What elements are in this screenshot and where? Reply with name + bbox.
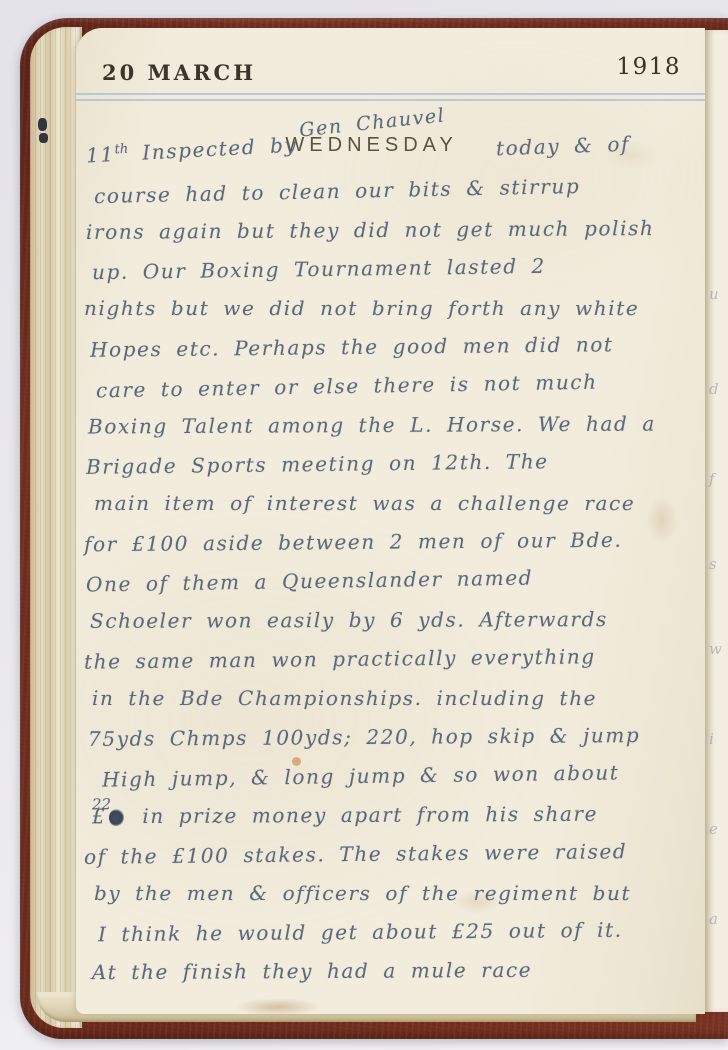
day-suffix: th [114,142,128,158]
inserted-text: Gen Chauvel [298,104,446,141]
bleed-through-mark: d [709,380,719,398]
bleed-through-mark: f [709,470,715,488]
diary-line: At the finish they had a mule race [84,952,700,991]
corrected-value: 22 [92,785,111,824]
diary-line: by the men & officers of the regiment bu… [84,874,700,913]
diary-line-text: in prize money apart from his share [128,802,598,828]
bleed-through-mark: w [709,640,722,658]
bleed-through-mark: i [709,730,714,748]
diary-line: £22 in prize money apart from his share [84,796,700,835]
line1-pre: Inspected by [142,132,298,164]
ink-blot-correction [109,809,124,826]
diary-line: of the £100 stakes. The stakes were rais… [84,835,700,874]
diary-line: I think he would get about £25 out of it… [84,913,700,952]
printed-date: 20 MARCH [102,60,256,85]
diary-line: in the Bde Championships. including the [84,679,700,718]
diary-line: Hopes etc. Perhaps the good men did not [84,328,700,367]
diary-line: One of them a Queenslander named [84,562,700,601]
diary-line: nights but we did not bring forth any wh… [84,289,700,328]
diary-line: High jump, & long jump & so won about [84,757,700,796]
bleed-through-mark: a [709,910,718,928]
ink-blot-edge [38,118,47,131]
diary-line: up. Our Boxing Tournament lasted 2 [84,250,700,289]
ink-blot-edge [39,133,48,143]
diary-line-start: 11th Inspected by [86,132,298,167]
diary-line: Boxing Talent among the L. Horse. We had… [84,406,700,445]
ruled-line [76,99,705,101]
facing-page: udfswiea [705,30,728,1012]
diary-photo: 20 MARCH 1918 WEDNESDAY Gen Chauvel 11th… [0,0,728,1050]
ruled-line [76,93,705,95]
diary-line-continuation: today & of [496,132,631,161]
diary-lines: course had to clean our bits & stirrupir… [84,172,700,991]
diary-line: irons again but they did not get much po… [84,211,700,250]
bleed-through-mark: s [709,555,717,573]
diary-page: 20 MARCH 1918 WEDNESDAY Gen Chauvel 11th… [76,28,705,1014]
diary-entry: Gen Chauvel 11th Inspected by today & of… [84,124,700,991]
bleed-through-mark: e [709,820,718,838]
diary-line: Brigade Sports meeting on 12th. The [84,445,700,484]
diary-line: 75yds Chmps 100yds; 220, hop skip & jump [84,718,700,757]
diary-line-first: Gen Chauvel 11th Inspected by today & of [84,124,700,172]
diary-line: course had to clean our bits & stirrup [84,172,700,211]
diary-line: for £100 aside between 2 men of our Bde. [84,523,700,562]
page-edges-left [30,27,82,1028]
diary-line: main item of interest was a challenge ra… [84,484,700,523]
printed-year: 1918 [616,54,681,80]
diary-line: the same man won practically everything [84,640,700,679]
bleed-through-mark: u [709,285,719,303]
day-number: 11 [86,142,116,167]
diary-line: Schoeler won easily by 6 yds. Afterwards [84,601,700,640]
diary-line: care to enter or else there is not much [84,367,700,406]
